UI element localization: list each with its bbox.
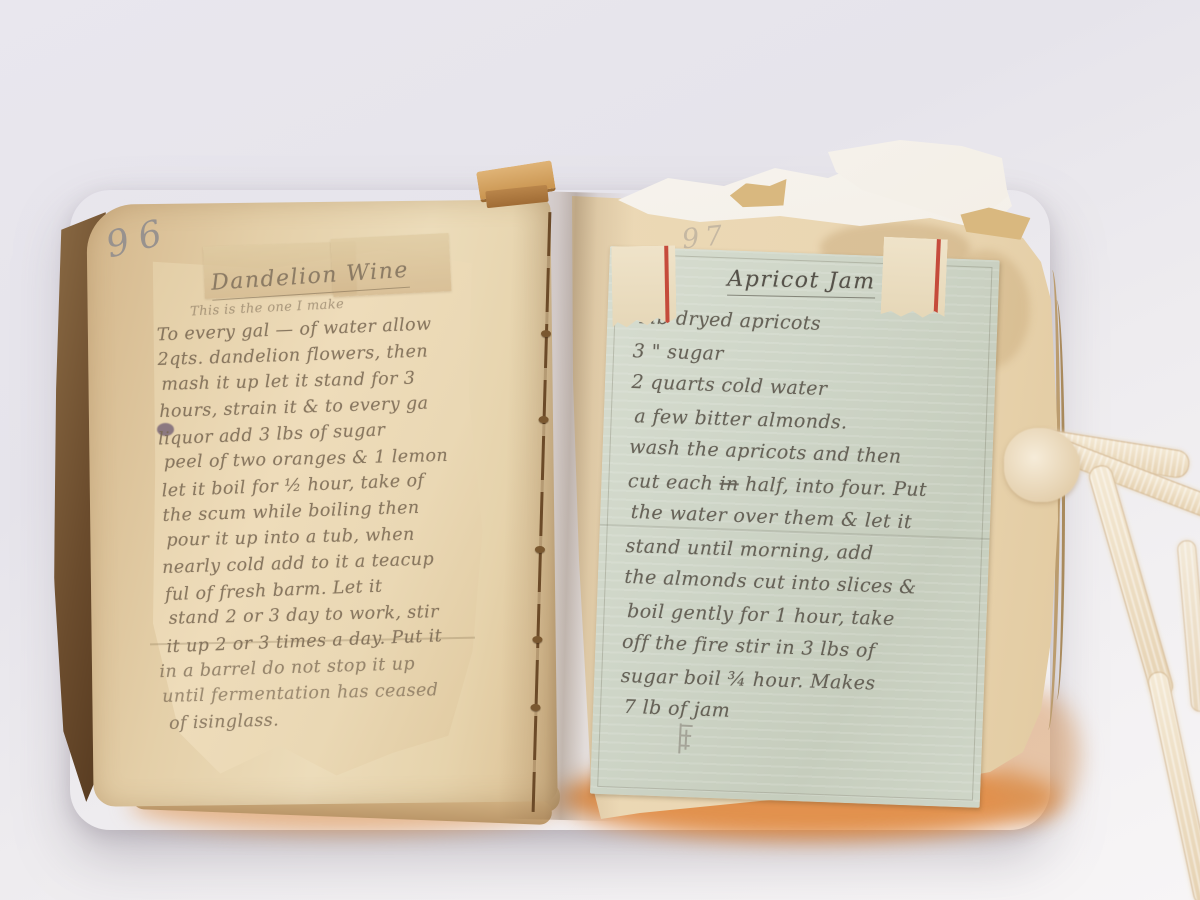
ribbon-knot: [1004, 428, 1080, 502]
thread-knot: [541, 330, 551, 337]
photo-open-recipe-book: 96 Dandelion Wine This is the one I make…: [0, 0, 1200, 900]
left-recipe-lines: To every gal — of water allow2qts. dande…: [156, 311, 485, 737]
right-recipe-title: Apricot Jam: [727, 267, 876, 299]
right-recipe-text: Apricot Jam 1lb dryed apricots3 " sugar2…: [619, 262, 986, 736]
thread-knot: [535, 546, 545, 553]
frayed-ribbon-far-edge: [1177, 539, 1200, 712]
right-page-number: 97: [681, 220, 730, 256]
left-recipe-text: Dandelion Wine This is the one I make To…: [155, 255, 486, 737]
thread-knot: [530, 704, 540, 711]
thread-knot: [532, 636, 542, 643]
pencil-scribble-marks: [675, 719, 707, 759]
thread-knot: [538, 416, 548, 423]
right-recipe-lines: 1lb dryed apricots3 " sugar2 quarts cold…: [619, 301, 984, 736]
